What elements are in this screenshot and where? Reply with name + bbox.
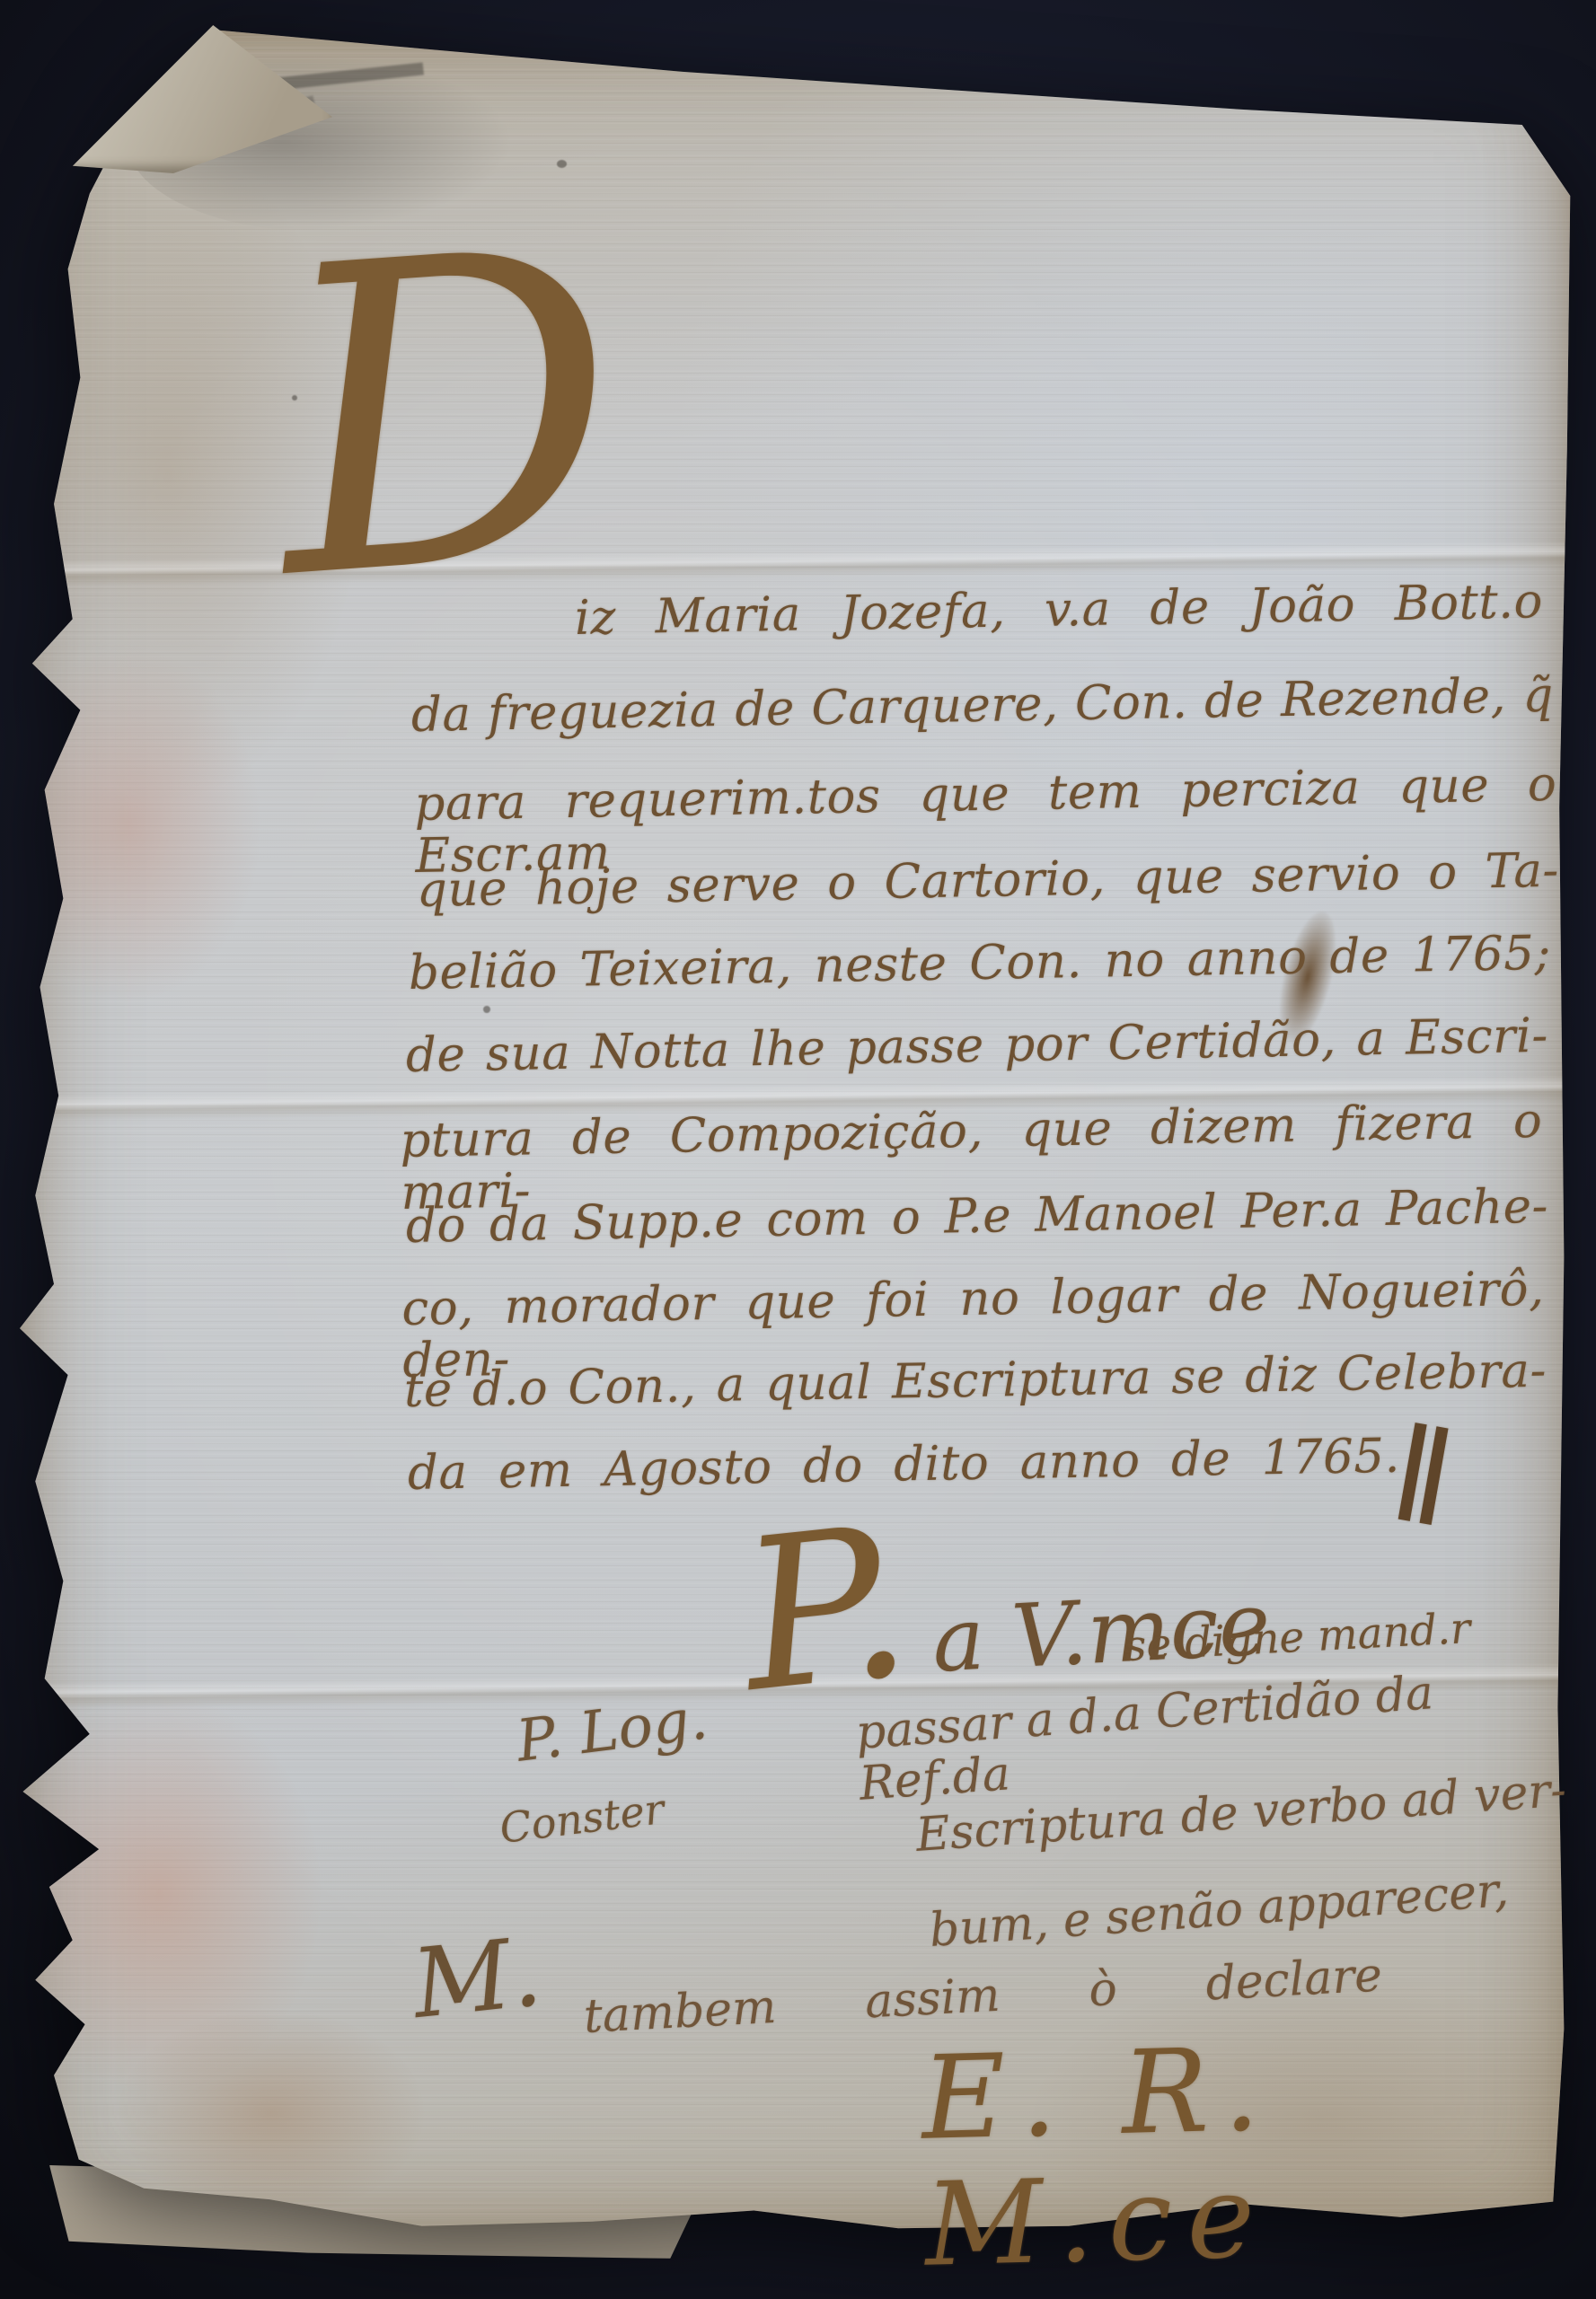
body-line-11: da em Agosto do dito anno de 1765. (407, 1431, 1400, 1501)
petition-initial-P: P. (736, 1519, 916, 1702)
body-line-2: da freguezia de Carquere, Con. de Rezend… (410, 670, 1554, 742)
petition-line-3: bum, e senão apparecer, (928, 1865, 1510, 1957)
margin-note-line-1: P. Log. (514, 1687, 711, 1774)
handwriting-layer: D iz Maria Jozefa, v.a de João Bott.o da… (0, 0, 1596, 2299)
body-line-6: de sua Notta lhe passe por Certidão, a E… (405, 1010, 1548, 1082)
body-line-5: belião Teixeira, neste Con. no anno de 1… (408, 928, 1551, 1000)
judge-rubric: M. (408, 1920, 546, 2038)
photo-stage: D iz Maria Jozefa, v.a de João Bott.o da… (0, 0, 1596, 2299)
body-line-1: iz Maria Jozefa, v.a de João Bott.o (574, 576, 1543, 645)
margin-note-line-2: Conster (498, 1786, 667, 1852)
ornamental-initial-D: D (267, 235, 628, 595)
closing-formula-ERM: E. R. M.ce (920, 2019, 1596, 2289)
